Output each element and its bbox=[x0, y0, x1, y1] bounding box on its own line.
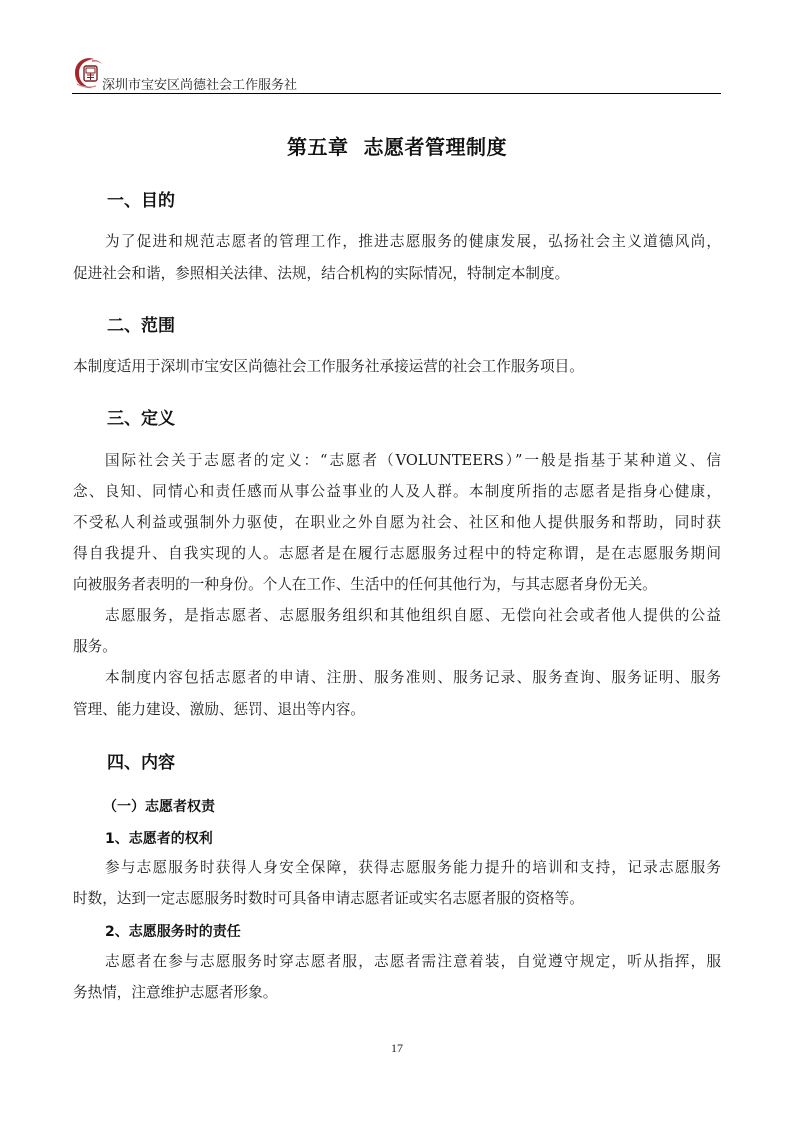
document-page: 深圳市宝安区尚德社会工作服务社 第五章 志愿者管理制度 一、目的 为了促进和规范… bbox=[0, 0, 794, 1123]
section-heading-definition: 三、定义 bbox=[107, 404, 175, 429]
paragraph-line: 得自我提升、自我实现的人。志愿者是在履行志愿服务过程中的特定称谓，是在志愿服务期… bbox=[73, 544, 721, 564]
subsection-heading-rights-duties: （一）志愿者权责 bbox=[103, 796, 215, 816]
section-heading-content: 四、内容 bbox=[107, 748, 175, 773]
paragraph-line: 向被服务者表明的一种身份。个人在工作、生活中的任何其他行为，与其志愿者身份无关。 bbox=[73, 575, 721, 595]
paragraph-line: 本制度内容包括志愿者的申请、注册、服务准则、服务记录、服务查询、服务证明、服务 bbox=[105, 668, 721, 688]
paragraph-line: 管理、能力建设、激励、惩罚、退出等内容。 bbox=[73, 700, 721, 720]
page-header: 深圳市宝安区尚德社会工作服务社 bbox=[72, 56, 721, 96]
section-heading-scope: 二、范围 bbox=[107, 311, 175, 336]
paragraph-line: 为了促进和规范志愿者的管理工作，推进志愿服务的健康发展，弘扬社会主义道德风尚， bbox=[105, 232, 721, 252]
paragraph-line: 本制度适用于深圳市宝安区尚德社会工作服务社承接运营的社会工作服务项目。 bbox=[73, 357, 721, 377]
paragraph-line: 务热情，注意维护志愿者形象。 bbox=[73, 983, 721, 1003]
header-divider bbox=[72, 93, 721, 94]
section-heading-purpose: 一、目的 bbox=[107, 186, 175, 211]
item-heading-rights: 1、志愿者的权利 bbox=[105, 828, 213, 848]
paragraph-line: 志愿者在参与志愿服务时穿志愿者服，志愿者需注意着装，自觉遵守规定，听从指挥，服 bbox=[105, 952, 721, 972]
item-heading-responsibilities: 2、志愿服务时的责任 bbox=[105, 921, 241, 941]
paragraph-line: 不受私人利益或强制外力驱使，在职业之外自愿为社会、社区和他人提供服务和帮助，同时… bbox=[73, 513, 721, 533]
organization-seal-logo-icon bbox=[72, 56, 104, 90]
paragraph-line: 志愿服务，是指志愿者、志愿服务组织和其他组织自愿、无偿向社会或者他人提供的公益 bbox=[105, 606, 721, 626]
paragraph-line: 促进社会和谐，参照相关法律、法规，结合机构的实际情况，特制定本制度。 bbox=[73, 264, 721, 284]
paragraph-line: 参与志愿服务时获得人身安全保障，获得志愿服务能力提升的培训和支持，记录志愿服务 bbox=[105, 858, 721, 878]
paragraph-line: 念、良知、同情心和责任感而从事公益事业的人及人群。本制度所指的志愿者是指身心健康… bbox=[73, 482, 721, 502]
paragraph-line: 服务。 bbox=[73, 637, 721, 657]
page-number: 17 bbox=[0, 1041, 794, 1056]
organization-name: 深圳市宝安区尚德社会工作服务社 bbox=[102, 74, 297, 93]
paragraph-line: 时数，达到一定志愿服务时数时可具备申请志愿者证或实名志愿者服的资格等。 bbox=[73, 889, 721, 909]
chapter-title: 第五章 志愿者管理制度 bbox=[0, 131, 794, 160]
paragraph-line: 国际社会关于志愿者的定义：“志愿者（VOLUNTEERS）”一般是指基于某种道义… bbox=[105, 451, 721, 471]
